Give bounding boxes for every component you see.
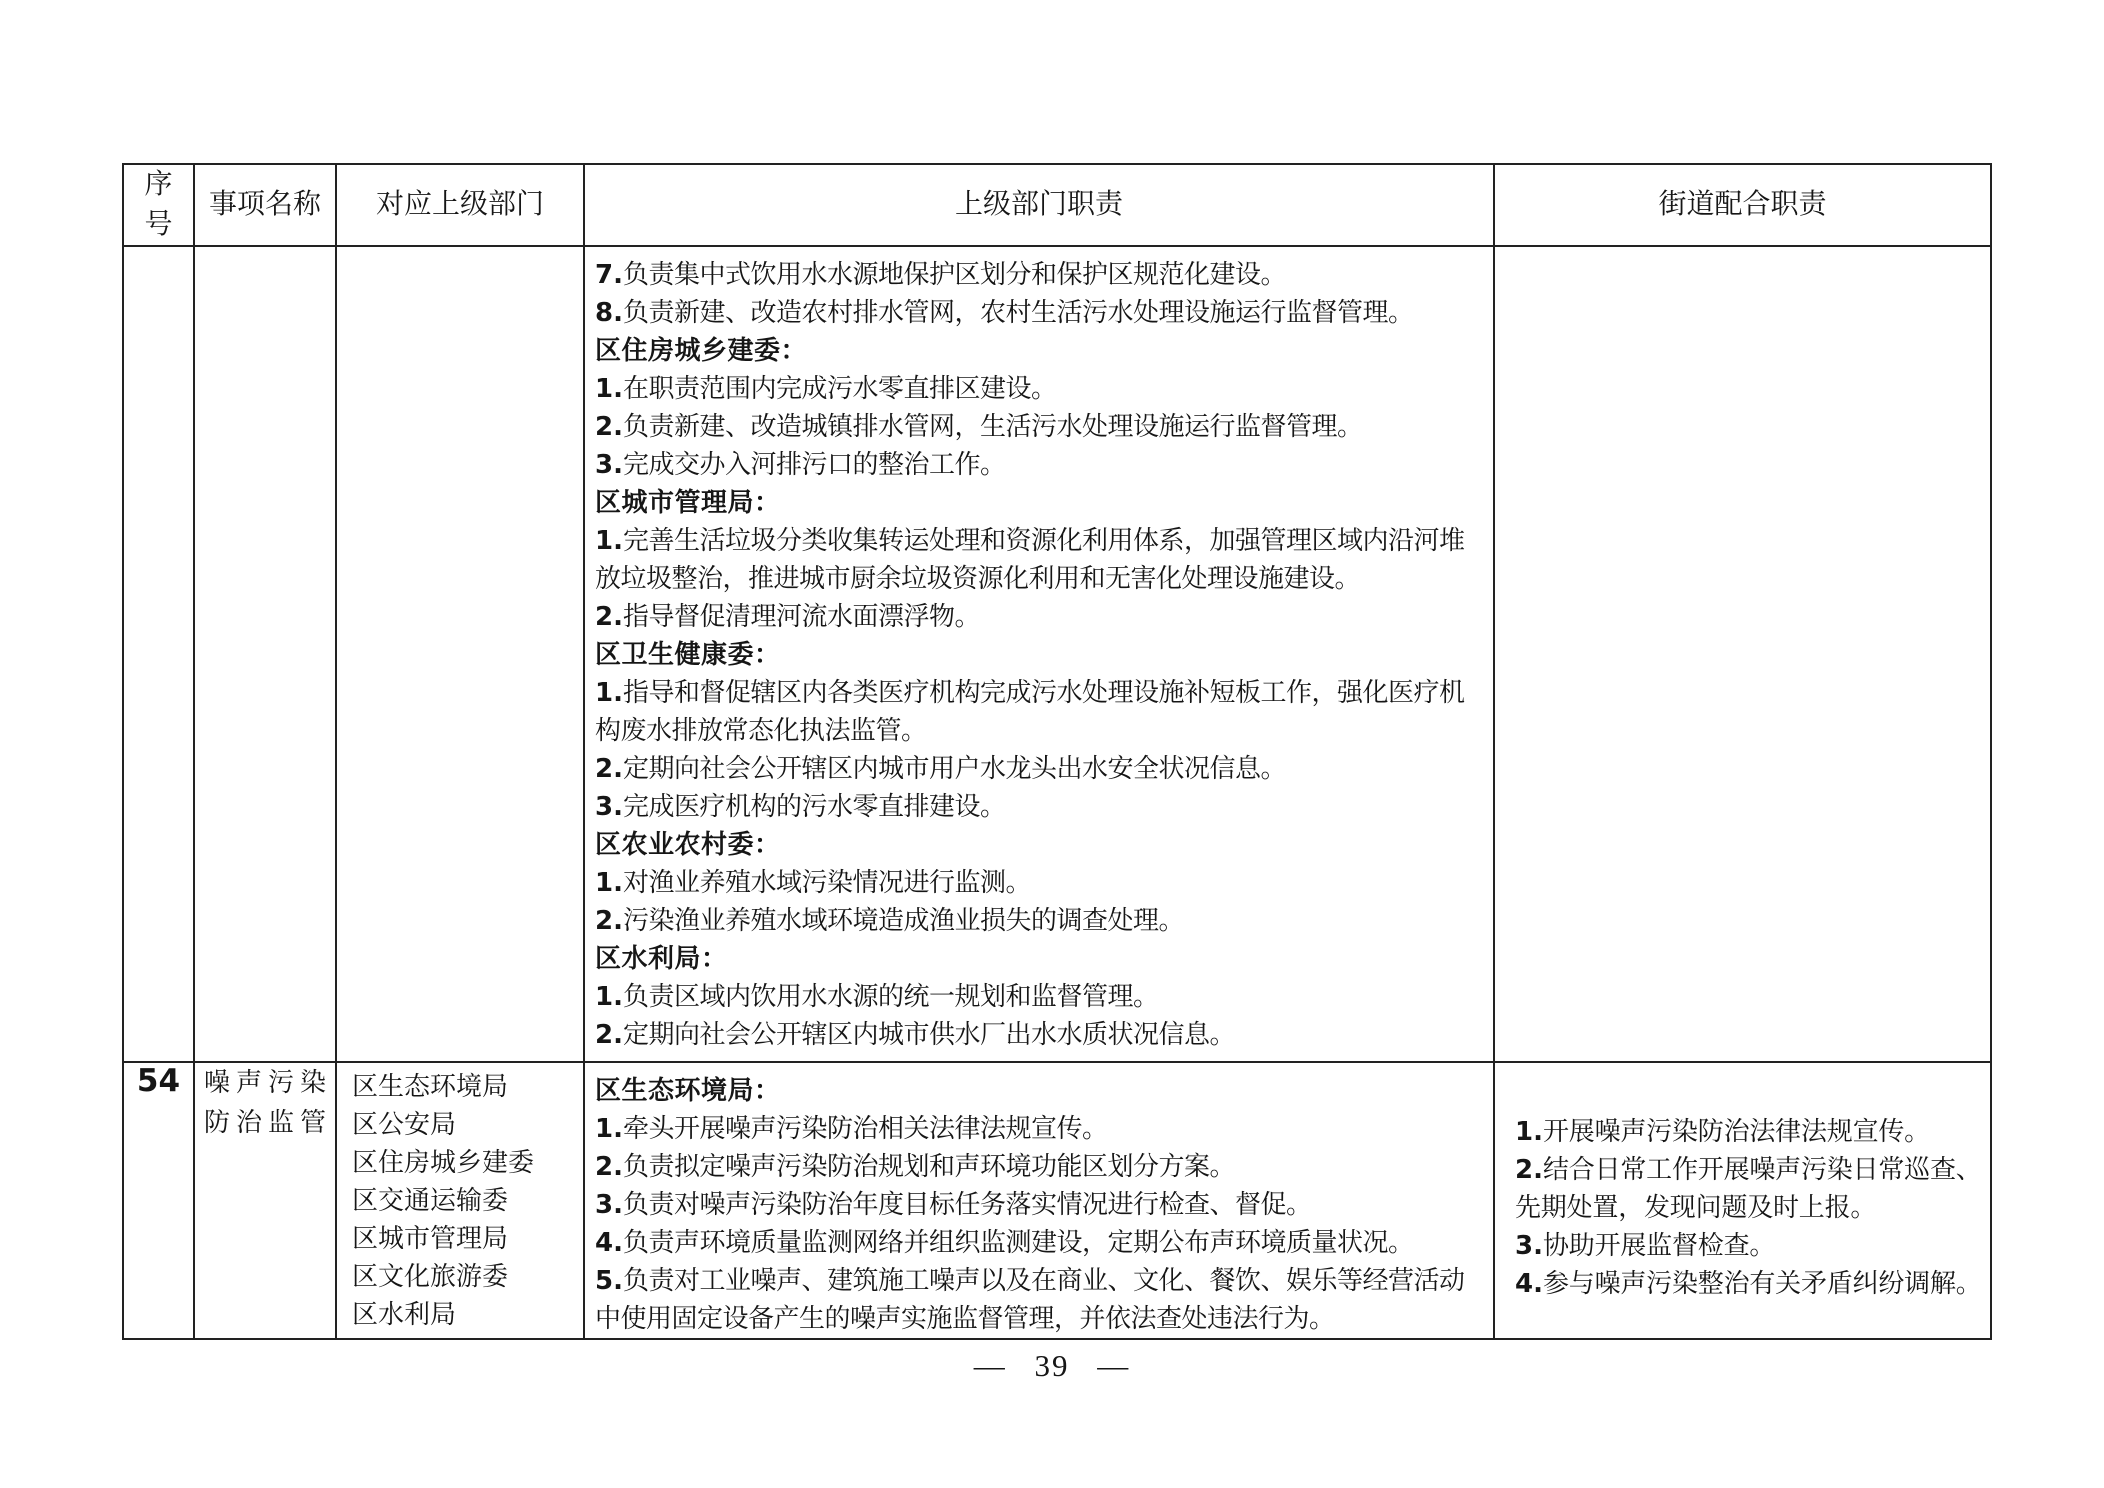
duty-number: 2. bbox=[595, 754, 623, 784]
duty-line: 3.完成医疗机构的污水零直排建设。 bbox=[595, 788, 1491, 826]
duty-number: 3. bbox=[595, 1190, 623, 1220]
cell-superior-duties: 区生态环境局：1.牵头开展噪声污染防治相关法律法规宣传。2.负责拟定噪声污染防治… bbox=[584, 1062, 1494, 1339]
duty-text: 构废水排放常态化执法监管。 bbox=[595, 716, 927, 745]
duty-number: 2. bbox=[595, 906, 623, 936]
duty-text: 负责集中式饮用水水源地保护区划分和保护区规范化建设。 bbox=[623, 260, 1286, 289]
duty-text: 负责声环境质量监测网络并组织监测建设，定期公布声环境质量状况。 bbox=[623, 1228, 1414, 1257]
duty-number: 2. bbox=[595, 1020, 623, 1050]
duty-number: 3. bbox=[595, 450, 623, 480]
duty-line: 2.负责拟定噪声污染防治规划和声环境功能区划分方案。 bbox=[595, 1148, 1491, 1186]
department-name: 区水利局 bbox=[352, 1300, 456, 1329]
cell-serial-continuation bbox=[123, 246, 194, 1062]
department-name: 区文化旅游委 bbox=[352, 1262, 508, 1291]
department-item: 区住房城乡建委 bbox=[352, 1144, 583, 1182]
street-duties-list: 1.开展噪声污染防治法律法规宣传。2.结合日常工作开展噪声污染日常巡查、先期处置… bbox=[1495, 1063, 1990, 1303]
duty-text: 负责拟定噪声污染防治规划和声环境功能区划分方案。 bbox=[623, 1152, 1235, 1181]
cell-departments-continuation bbox=[336, 246, 584, 1062]
duty-line: 3.负责对噪声污染防治年度目标任务落实情况进行检查、督促。 bbox=[595, 1186, 1491, 1224]
duty-line: 1.开展噪声污染防治法律法规宣传。 bbox=[1515, 1113, 1988, 1151]
cell-superior-duties-continuation: 7.负责集中式饮用水水源地保护区划分和保护区规范化建设。8.负责新建、改造农村排… bbox=[584, 246, 1494, 1062]
duty-text: 负责新建、改造城镇排水管网，生活污水处理设施运行监督管理。 bbox=[623, 412, 1363, 441]
duty-line: 构废水排放常态化执法监管。 bbox=[595, 712, 1491, 750]
duty-text: 定期向社会公开辖区内城市供水厂出水水质状况信息。 bbox=[623, 1020, 1235, 1049]
duty-text: 负责对噪声污染防治年度目标任务落实情况进行检查、督促。 bbox=[623, 1190, 1312, 1219]
department-name: 区城市管理局 bbox=[352, 1224, 508, 1253]
table-row: 54 噪声污染 防治监管 区生态环境局区公安局区住房城乡建委区交通运输委区城市管… bbox=[123, 1062, 1991, 1339]
duty-text: 完成医疗机构的污水零直排建设。 bbox=[623, 792, 1006, 821]
duty-text: 污染渔业养殖水域环境造成渔业损失的调查处理。 bbox=[623, 906, 1184, 935]
duty-number: 1. bbox=[595, 1114, 623, 1144]
cell-name-continuation bbox=[194, 246, 336, 1062]
duty-line: 放垃圾整治，推进城市厨余垃圾资源化利用和无害化处理设施建设。 bbox=[595, 560, 1491, 598]
document-page: { "page": { "number": "— 39 —" }, "table… bbox=[0, 0, 2104, 1488]
duty-line: 4.参与噪声污染整治有关矛盾纠纷调解。 bbox=[1515, 1265, 1988, 1303]
cell-departments: 区生态环境局区公安局区住房城乡建委区交通运输委区城市管理局区文化旅游委区水利局 bbox=[336, 1062, 584, 1339]
duty-number: 3. bbox=[595, 792, 623, 822]
duty-line: 5.负责对工业噪声、建筑施工噪声以及在商业、文化、餐饮、娱乐等经营活动 bbox=[595, 1262, 1491, 1300]
duty-line: 中使用固定设备产生的噪声实施监督管理，并依法查处违法行为。 bbox=[595, 1300, 1491, 1338]
table-header-row: 序号 事项名称 对应上级部门 上级部门职责 街道配合职责 bbox=[123, 164, 1991, 246]
superior-duties-list: 7.负责集中式饮用水水源地保护区划分和保护区规范化建设。8.负责新建、改造农村排… bbox=[585, 247, 1493, 1054]
department-item: 区公安局 bbox=[352, 1106, 583, 1144]
duty-text: 先期处置，发现问题及时上报。 bbox=[1515, 1193, 1876, 1222]
item-name-line: 噪声污染 bbox=[201, 1063, 335, 1103]
duty-line: 区卫生健康委： bbox=[595, 636, 1491, 674]
duty-text: 负责区域内饮用水水源的统一规划和监督管理。 bbox=[623, 982, 1159, 1011]
table-row-continuation: 7.负责集中式饮用水水源地保护区划分和保护区规范化建设。8.负责新建、改造农村排… bbox=[123, 246, 1991, 1062]
duty-line: 2.负责新建、改造城镇排水管网，生活污水处理设施运行监督管理。 bbox=[595, 408, 1491, 446]
page-number: — 39 — bbox=[0, 1348, 2104, 1384]
department-name: 区公安局 bbox=[352, 1110, 456, 1139]
item-name: 噪声污染 防治监管 bbox=[195, 1063, 335, 1143]
header-item-name: 事项名称 bbox=[194, 164, 336, 246]
cell-item-name: 噪声污染 防治监管 bbox=[194, 1062, 336, 1339]
superior-duties-list: 区生态环境局：1.牵头开展噪声污染防治相关法律法规宣传。2.负责拟定噪声污染防治… bbox=[585, 1063, 1493, 1338]
duty-number: 1. bbox=[595, 868, 623, 898]
duty-line: 区城市管理局： bbox=[595, 484, 1491, 522]
duty-text: 负责对工业噪声、建筑施工噪声以及在商业、文化、餐饮、娱乐等经营活动 bbox=[623, 1266, 1465, 1295]
duty-number: 3. bbox=[1515, 1231, 1543, 1261]
duty-text: 完善生活垃圾分类收集转运处理和资源化利用体系，加强管理区域内沿河堆 bbox=[623, 526, 1465, 555]
header-street-duties: 街道配合职责 bbox=[1494, 164, 1991, 246]
duty-text: 区城市管理局： bbox=[595, 488, 781, 518]
duty-line: 区水利局： bbox=[595, 940, 1491, 978]
header-superior-duties: 上级部门职责 bbox=[584, 164, 1494, 246]
item-name-line: 防治监管 bbox=[201, 1103, 335, 1143]
duty-line: 区农业农村委： bbox=[595, 826, 1491, 864]
cell-serial: 54 bbox=[123, 1062, 194, 1339]
duty-line: 1.指导和督促辖区内各类医疗机构完成污水处理设施补短板工作，强化医疗机 bbox=[595, 674, 1491, 712]
duty-line: 3.协助开展监督检查。 bbox=[1515, 1227, 1988, 1265]
duty-line: 1.负责区域内饮用水水源的统一规划和监督管理。 bbox=[595, 978, 1491, 1016]
duty-number: 1. bbox=[1515, 1117, 1543, 1147]
duty-number: 2. bbox=[595, 412, 623, 442]
duty-text: 区水利局： bbox=[595, 944, 728, 974]
department-item: 区生态环境局 bbox=[352, 1068, 583, 1106]
duty-text: 区住房城乡建委： bbox=[595, 336, 807, 366]
duty-number: 8. bbox=[595, 298, 623, 328]
duty-number: 4. bbox=[1515, 1269, 1543, 1299]
duty-number: 1. bbox=[595, 374, 623, 404]
duty-line: 3.完成交办入河排污口的整治工作。 bbox=[595, 446, 1491, 484]
cell-street-duties: 1.开展噪声污染防治法律法规宣传。2.结合日常工作开展噪声污染日常巡查、先期处置… bbox=[1494, 1062, 1991, 1339]
duty-number: 1. bbox=[595, 526, 623, 556]
duty-text: 区生态环境局： bbox=[595, 1076, 781, 1106]
duty-text: 开展噪声污染防治法律法规宣传。 bbox=[1543, 1117, 1930, 1146]
duty-number: 1. bbox=[595, 982, 623, 1012]
department-item: 区城市管理局 bbox=[352, 1220, 583, 1258]
duty-line: 2.定期向社会公开辖区内城市供水厂出水水质状况信息。 bbox=[595, 1016, 1491, 1054]
department-item: 区交通运输委 bbox=[352, 1182, 583, 1220]
department-name: 区生态环境局 bbox=[352, 1072, 508, 1101]
duty-text: 对渔业养殖水域污染情况进行监测。 bbox=[623, 868, 1031, 897]
duty-text: 区卫生健康委： bbox=[595, 640, 781, 670]
duty-line: 8.负责新建、改造农村排水管网，农村生活污水处理设施运行监督管理。 bbox=[595, 294, 1491, 332]
header-superior-departments: 对应上级部门 bbox=[336, 164, 584, 246]
department-name: 区交通运输委 bbox=[352, 1186, 508, 1215]
duty-line: 1.牵头开展噪声污染防治相关法律法规宣传。 bbox=[595, 1110, 1491, 1148]
duty-text: 结合日常工作开展噪声污染日常巡查、 bbox=[1543, 1155, 1982, 1184]
duty-line: 2.结合日常工作开展噪声污染日常巡查、 bbox=[1515, 1151, 1988, 1189]
duty-number: 2. bbox=[1515, 1155, 1543, 1185]
duty-line: 1.在职责范围内完成污水零直排区建设。 bbox=[595, 370, 1491, 408]
departments-list: 区生态环境局区公安局区住房城乡建委区交通运输委区城市管理局区文化旅游委区水利局 bbox=[337, 1063, 583, 1334]
duty-text: 协助开展监督检查。 bbox=[1543, 1231, 1775, 1260]
duty-text: 参与噪声污染整治有关矛盾纠纷调解。 bbox=[1543, 1269, 1982, 1298]
duty-number: 5. bbox=[595, 1266, 623, 1296]
duty-number: 7. bbox=[595, 260, 623, 290]
duty-text: 指导督促清理河流水面漂浮物。 bbox=[623, 602, 980, 631]
duty-line: 4.负责声环境质量监测网络并组织监测建设，定期公布声环境质量状况。 bbox=[595, 1224, 1491, 1262]
header-serial: 序号 bbox=[123, 164, 194, 246]
duty-number: 1. bbox=[595, 678, 623, 708]
duty-text: 牵头开展噪声污染防治相关法律法规宣传。 bbox=[623, 1114, 1108, 1143]
duty-line: 7.负责集中式饮用水水源地保护区划分和保护区规范化建设。 bbox=[595, 256, 1491, 294]
duty-text: 指导和督促辖区内各类医疗机构完成污水处理设施补短板工作，强化医疗机 bbox=[623, 678, 1465, 707]
duty-text: 区农业农村委： bbox=[595, 830, 781, 860]
responsibility-table: 序号 事项名称 对应上级部门 上级部门职责 街道配合职责 7.负责集中式饮用水水… bbox=[122, 163, 1992, 1340]
duty-line: 2.定期向社会公开辖区内城市用户水龙头出水安全状况信息。 bbox=[595, 750, 1491, 788]
duty-line: 2.指导督促清理河流水面漂浮物。 bbox=[595, 598, 1491, 636]
duty-text: 中使用固定设备产生的噪声实施监督管理，并依法查处违法行为。 bbox=[595, 1304, 1335, 1333]
duty-line: 先期处置，发现问题及时上报。 bbox=[1515, 1189, 1988, 1227]
cell-street-duties-continuation bbox=[1494, 246, 1991, 1062]
duty-text: 负责新建、改造农村排水管网，农村生活污水处理设施运行监督管理。 bbox=[623, 298, 1414, 327]
duty-text: 放垃圾整治，推进城市厨余垃圾资源化利用和无害化处理设施建设。 bbox=[595, 564, 1360, 593]
duty-text: 在职责范围内完成污水零直排区建设。 bbox=[623, 374, 1057, 403]
duty-line: 1.对渔业养殖水域污染情况进行监测。 bbox=[595, 864, 1491, 902]
duty-number: 2. bbox=[595, 1152, 623, 1182]
duty-line: 2.污染渔业养殖水域环境造成渔业损失的调查处理。 bbox=[595, 902, 1491, 940]
header-serial-label: 序号 bbox=[143, 165, 175, 245]
department-name: 区住房城乡建委 bbox=[352, 1148, 534, 1177]
duty-number: 2. bbox=[595, 602, 623, 632]
duty-text: 完成交办入河排污口的整治工作。 bbox=[623, 450, 1006, 479]
department-item: 区文化旅游委 bbox=[352, 1258, 583, 1296]
duty-number: 4. bbox=[595, 1228, 623, 1258]
duty-line: 1.完善生活垃圾分类收集转运处理和资源化利用体系，加强管理区域内沿河堆 bbox=[595, 522, 1491, 560]
duty-text: 定期向社会公开辖区内城市用户水龙头出水安全状况信息。 bbox=[623, 754, 1286, 783]
duty-line: 区住房城乡建委： bbox=[595, 332, 1491, 370]
duty-line: 区生态环境局： bbox=[595, 1072, 1491, 1110]
department-item: 区水利局 bbox=[352, 1296, 583, 1334]
